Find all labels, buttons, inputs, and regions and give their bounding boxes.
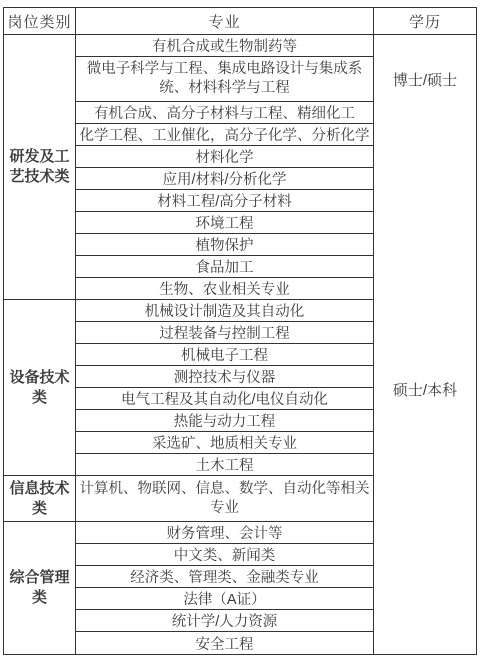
major-cell: 过程装备与控制工程 [76, 322, 373, 344]
major-cell: 经济类、管理类、金融类专业 [76, 566, 373, 588]
category-cell-general-management: 综合管理类 [4, 522, 75, 654]
major-cell: 微电子科学与工程、集成电路设计与集成系统、材料科学与工程 [76, 57, 373, 102]
major-cell: 热能与动力工程 [76, 410, 373, 432]
major-cell: 土木工程 [76, 454, 373, 476]
major-cell: 机械设计制造及其自动化 [76, 300, 373, 322]
category-cell-information-tech: 信息技术类 [4, 476, 75, 522]
major-cell: 应用/材料/分析化学 [76, 168, 373, 190]
recruitment-positions-table: 岗位类别 研发及工艺技术类 设备技术类 信息技术类 综合管理类 专业 有机合成或… [3, 7, 477, 655]
column-education: 学历 博士/硕士 硕士/本科 [374, 8, 476, 654]
major-cell: 财务管理、会计等 [76, 522, 373, 544]
major-cell: 材料工程/高分子材料 [76, 190, 373, 212]
category-cell-rd-process-tech: 研发及工艺技术类 [4, 35, 75, 300]
column-category: 岗位类别 研发及工艺技术类 设备技术类 信息技术类 综合管理类 [4, 8, 76, 654]
major-cell: 生物、农业相关专业 [76, 278, 373, 300]
major-cell: 材料化学 [76, 146, 373, 168]
major-cell: 食品加工 [76, 256, 373, 278]
header-education: 学历 [374, 8, 476, 35]
education-cell-doctor-master: 博士/硕士 [374, 35, 476, 124]
column-major: 专业 有机合成或生物制药等 微电子科学与工程、集成电路设计与集成系统、材料科学与… [76, 8, 374, 654]
major-cell: 环境工程 [76, 212, 373, 234]
major-cell: 采选矿、地质相关专业 [76, 432, 373, 454]
major-cell: 化学工程、工业催化，高分子化学、分析化学 [76, 124, 373, 146]
education-body: 博士/硕士 硕士/本科 [374, 35, 476, 654]
major-cell: 法律（A证） [76, 588, 373, 610]
major-cell: 电气工程及其自动化/电仪自动化 [76, 388, 373, 410]
major-cell: 机械电子工程 [76, 344, 373, 366]
education-cell-master-bachelor: 硕士/本科 [374, 124, 476, 654]
header-category: 岗位类别 [4, 8, 75, 35]
major-cell: 计算机、物联网、信息、数学、自动化等相关专业 [76, 476, 373, 522]
major-cell: 安全工程 [76, 632, 373, 654]
major-cell: 统计学/人力资源 [76, 610, 373, 632]
major-cell: 植物保护 [76, 234, 373, 256]
major-cell: 测控技术与仪器 [76, 366, 373, 388]
major-cell: 中文类、新闻类 [76, 544, 373, 566]
category-cell-equipment-tech: 设备技术类 [4, 300, 75, 476]
page: 岗位类别 研发及工艺技术类 设备技术类 信息技术类 综合管理类 专业 有机合成或… [0, 0, 481, 671]
major-cell: 有机合成或生物制药等 [76, 35, 373, 57]
major-cell: 有机合成、高分子材料与工程、精细化工 [76, 102, 373, 124]
header-major: 专业 [76, 8, 373, 35]
